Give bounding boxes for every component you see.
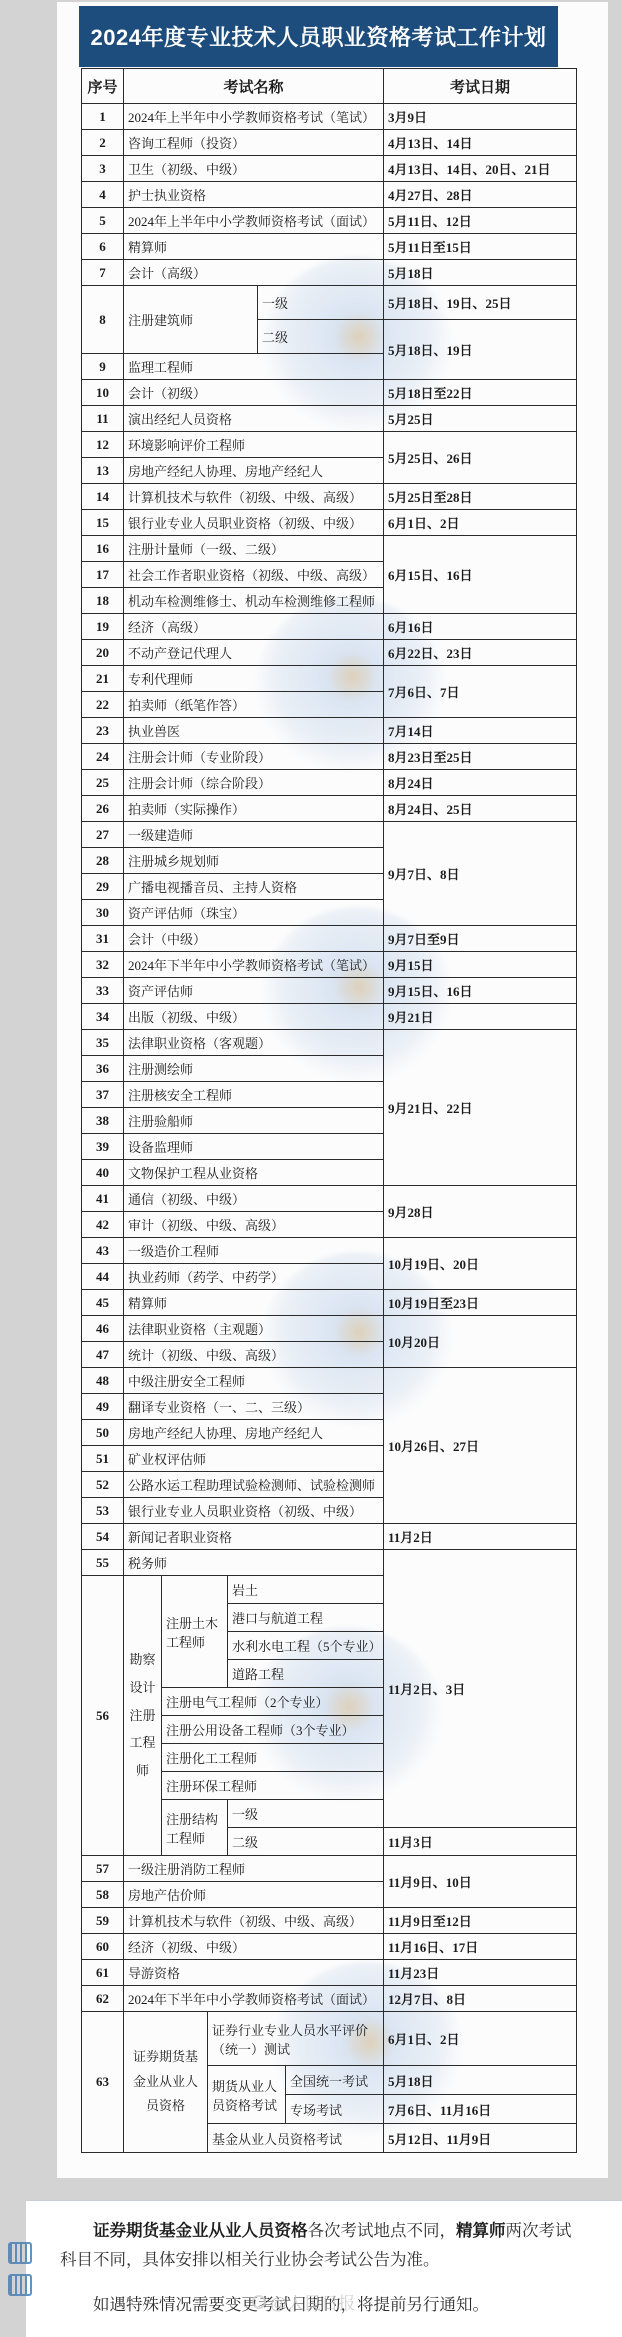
exam-name: 精算师 [124,234,384,260]
exam-name: 监理工程师 [124,354,384,380]
table-row: 60经济（初级、中级）11月16日、17日 [82,1934,577,1960]
col-header-no: 序号 [82,69,124,104]
exam-no: 10 [82,380,124,406]
table-row: 26拍卖师（实际操作）8月24日、25日 [82,796,577,822]
table-row: 21专利代理师7月6日、7日 [82,666,577,692]
table-row: 7会计（高级）5月18日 [82,260,577,286]
table-row: 3卫生（初级、中级）4月13日、14日、20日、21日 [82,156,577,182]
exam-branch: 全国统一考试 [286,2066,384,2095]
exam-date: 7月6日、11月16日 [384,2095,577,2124]
table-row: 43一级造价工程师10月19日、20日 [82,1238,577,1264]
exam-name: 执业药师（药学、中药学） [124,1264,384,1290]
exam-date: 10月20日 [384,1316,577,1368]
table-row: 41通信（初级、中级）9月28日 [82,1186,577,1212]
exam-name: 计算机技术与软件（初级、中级、高级） [124,1908,384,1934]
exam-no: 22 [82,692,124,718]
exam-date: 11月16日、17日 [384,1934,577,1960]
exam-name: 翻译专业资格（一、二、三级） [124,1394,384,1420]
exam-date: 9月7日、8日 [384,822,577,926]
exam-name: 资产评估师 [124,978,384,1004]
exam-no: 34 [82,1004,124,1030]
exam-name: 注册核安全工程师 [124,1082,384,1108]
exam-branch: 岩土 [228,1576,384,1604]
press-watermark: @人民日报 [252,2289,355,2314]
exam-no: 50 [82,1420,124,1446]
exam-no: 4 [82,182,124,208]
col-header-date: 考试日期 [384,69,577,104]
exam-name: 注册建筑师 [124,286,258,354]
exam-no: 28 [82,848,124,874]
exam-name: 新闻记者职业资格 [124,1524,384,1550]
table-row: 48中级注册安全工程师10月26日、27日 [82,1368,577,1394]
footer-note-1-bold-2: 精算师 [456,2222,506,2240]
exam-name: 拍卖师（实际操作） [124,796,384,822]
exam-branch: 道路工程 [228,1660,384,1688]
table-row: 33资产评估师9月15日、16日 [82,978,577,1004]
exam-branch: 专场考试 [286,2095,384,2124]
exam-name: 演出经纪人员资格 [124,406,384,432]
exam-no: 49 [82,1394,124,1420]
exam-name: 房地产经纪人协理、房地产经纪人 [124,458,384,484]
table-header-row: 序号 考试名称 考试日期 [82,69,577,104]
table-row: 14计算机技术与软件（初级、中级、高级）5月25日至28日 [82,484,577,510]
table-row: 622024年下半年中小学教师资格考试（面试）12月7日、8日 [82,1986,577,2012]
exam-date: 11月2日、3日 [384,1550,577,1828]
exam-date: 5月18日至22日 [384,380,577,406]
exam-name: 统计（初级、中级、高级） [124,1342,384,1368]
exam-subgroup: 证券行业专业人员水平评价（统一）测试 [208,2012,384,2066]
exam-no: 56 [82,1576,124,1856]
exam-date: 5月18日、19日 [384,320,577,380]
exam-no: 27 [82,822,124,848]
table-row: 35法律职业资格（客观题）9月21日、22日 [82,1030,577,1056]
table-row: 24注册会计师（专业阶段）8月23日至25日 [82,744,577,770]
exam-date: 10月19日至23日 [384,1290,577,1316]
exam-level: 二级 [258,320,384,354]
exam-date: 7月6日、7日 [384,666,577,718]
table-row: 4护士执业资格4月27日、28日 [82,182,577,208]
exam-branch: 港口与航道工程 [228,1604,384,1632]
exam-group-label: 证券期货基金业从业人员资格 [124,2012,208,2153]
exam-no: 51 [82,1446,124,1472]
exam-group-label: 勘察设计注册工程师 [124,1576,162,1856]
press-logo-icon [8,2242,34,2296]
exam-date: 5月25日至28日 [384,484,577,510]
exam-name: 经济（高级） [124,614,384,640]
exam-no: 57 [82,1856,124,1882]
table-row: 25注册会计师（综合阶段）8月24日 [82,770,577,796]
exam-no: 21 [82,666,124,692]
table-row: 19经济（高级）6月16日 [82,614,577,640]
exam-no: 19 [82,614,124,640]
document-page: 2024年度专业技术人员职业资格考试工作计划 序号 考试名称 考试日期 1202… [57,2,608,2178]
exam-subgroup: 注册电气工程师（2个专业） [162,1688,384,1716]
exam-date: 6月22日、23日 [384,640,577,666]
exam-no: 14 [82,484,124,510]
exam-no: 31 [82,926,124,952]
exam-subgroup: 注册结构工程师 [162,1800,228,1856]
exam-date: 4月27日、28日 [384,182,577,208]
exam-name: 会计（高级） [124,260,384,286]
table-row: 322024年下半年中小学教师资格考试（笔试）9月15日 [82,952,577,978]
table-row: 2咨询工程师（投资）4月13日、14日 [82,130,577,156]
exam-date: 5月25日、26日 [384,432,577,484]
exam-no: 63 [82,2012,124,2153]
exam-no: 1 [82,104,124,130]
exam-name: 出版（初级、中级） [124,1004,384,1030]
exam-date: 9月28日 [384,1186,577,1238]
exam-no: 17 [82,562,124,588]
exam-schedule-table: 序号 考试名称 考试日期 12024年上半年中小学教师资格考试（笔试）3月9日 … [81,68,577,2153]
exam-date: 5月25日 [384,406,577,432]
exam-name: 房地产估价师 [124,1882,384,1908]
exam-name: 注册计量师（一级、二级） [124,536,384,562]
exam-name: 2024年上半年中小学教师资格考试（笔试） [124,104,384,130]
exam-no: 9 [82,354,124,380]
col-header-name: 考试名称 [124,69,384,104]
exam-no: 16 [82,536,124,562]
exam-name: 税务师 [124,1550,384,1576]
exam-no: 44 [82,1264,124,1290]
watermark-circle-icon [252,2295,266,2309]
exam-date: 11月3日 [384,1828,577,1856]
exam-date: 5月11日至15日 [384,234,577,260]
table-row: 10会计（初级）5月18日至22日 [82,380,577,406]
exam-no: 29 [82,874,124,900]
exam-date: 6月16日 [384,614,577,640]
exam-name: 2024年下半年中小学教师资格考试（笔试） [124,952,384,978]
exam-no: 58 [82,1882,124,1908]
exam-no: 42 [82,1212,124,1238]
exam-no: 8 [82,286,124,354]
exam-no: 24 [82,744,124,770]
exam-name: 通信（初级、中级） [124,1186,384,1212]
exam-no: 13 [82,458,124,484]
exam-name: 2024年上半年中小学教师资格考试（面试） [124,208,384,234]
exam-name: 一级建造师 [124,822,384,848]
exam-level: 二级 [228,1828,384,1856]
exam-no: 26 [82,796,124,822]
exam-date: 7月14日 [384,718,577,744]
table-row: 15银行业专业人员职业资格（初级、中级）6月1日、2日 [82,510,577,536]
exam-no: 40 [82,1160,124,1186]
exam-date: 4月13日、14日、20日、21日 [384,156,577,182]
watermark-text: @人民日报 [270,2289,355,2314]
exam-no: 20 [82,640,124,666]
exam-subgroup: 基金从业人员资格考试 [208,2124,384,2153]
exam-name: 一级注册消防工程师 [124,1856,384,1882]
exam-date: 8月23日至25日 [384,744,577,770]
exam-no: 43 [82,1238,124,1264]
exam-subgroup: 注册土木工程师 [162,1576,228,1688]
exam-no: 60 [82,1934,124,1960]
exam-date: 11月2日 [384,1524,577,1550]
exam-date: 9月21日、22日 [384,1030,577,1186]
exam-no: 6 [82,234,124,260]
table-row: 52024年上半年中小学教师资格考试（面试）5月11日、12日 [82,208,577,234]
exam-date: 5月18日、19日、25日 [384,286,577,320]
exam-no: 46 [82,1316,124,1342]
exam-no: 39 [82,1134,124,1160]
table-row: 59计算机技术与软件（初级、中级、高级）11月9日至12日 [82,1908,577,1934]
exam-date: 9月15日 [384,952,577,978]
exam-no: 59 [82,1908,124,1934]
footer-note-1: 证券期货基金业从业人员资格各次考试地点不同，精算师两次考试科目不同，具体安排以相… [60,2217,580,2275]
footer-note-1-text-1: 各次考试地点不同， [308,2222,457,2240]
exam-name: 一级造价工程师 [124,1238,384,1264]
exam-date: 5月18日 [384,2066,577,2095]
exam-name: 注册验船师 [124,1108,384,1134]
exam-date: 6月1日、2日 [384,2012,577,2066]
exam-date: 10月19日、20日 [384,1238,577,1290]
footer-note-1-bold-1: 证券期货基金业从业人员资格 [93,2222,308,2240]
exam-name: 护士执业资格 [124,182,384,208]
exam-no: 3 [82,156,124,182]
table-row: 46法律职业资格（主观题）10月20日 [82,1316,577,1342]
exam-date: 5月12日、11月9日 [384,2124,577,2153]
exam-no: 48 [82,1368,124,1394]
exam-no: 53 [82,1498,124,1524]
exam-name: 2024年下半年中小学教师资格考试（面试） [124,1986,384,2012]
exam-no: 23 [82,718,124,744]
exam-name: 广播电视播音员、主持人资格 [124,874,384,900]
exam-name: 咨询工程师（投资） [124,130,384,156]
exam-no: 45 [82,1290,124,1316]
exam-subgroup: 注册环保工程师 [162,1772,384,1800]
exam-date: 3月9日 [384,104,577,130]
exam-no: 61 [82,1960,124,1986]
exam-no: 52 [82,1472,124,1498]
exam-no: 41 [82,1186,124,1212]
exam-name: 资产评估师（珠宝） [124,900,384,926]
exam-name: 不动产登记代理人 [124,640,384,666]
exam-name: 法律职业资格（客观题） [124,1030,384,1056]
exam-name: 文物保护工程从业资格 [124,1160,384,1186]
exam-date: 4月13日、14日 [384,130,577,156]
exam-no: 18 [82,588,124,614]
exam-name: 公路水运工程助理试验检测师、试验检测师 [124,1472,384,1498]
table-row: 16注册计量师（一级、二级）6月15日、16日 [82,536,577,562]
table-row: 23执业兽医7月14日 [82,718,577,744]
exam-name: 拍卖师（纸笔作答） [124,692,384,718]
table-row: 12环境影响评价工程师5月25日、26日 [82,432,577,458]
exam-no: 33 [82,978,124,1004]
exam-date: 9月7日至9日 [384,926,577,952]
table-row: 11演出经纪人员资格5月25日 [82,406,577,432]
table-row: 54新闻记者职业资格11月2日 [82,1524,577,1550]
exam-no: 47 [82,1342,124,1368]
exam-no: 54 [82,1524,124,1550]
exam-name: 专利代理师 [124,666,384,692]
exam-date: 9月15日、16日 [384,978,577,1004]
exam-no: 11 [82,406,124,432]
table-row: 61导游资格11月23日 [82,1960,577,1986]
exam-name: 环境影响评价工程师 [124,432,384,458]
exam-no: 55 [82,1550,124,1576]
exam-name: 会计（初级） [124,380,384,406]
exam-date: 5月18日 [384,260,577,286]
exam-name: 精算师 [124,1290,384,1316]
exam-no: 36 [82,1056,124,1082]
exam-date: 8月24日、25日 [384,796,577,822]
exam-date: 6月15日、16日 [384,536,577,614]
exam-no: 62 [82,1986,124,2012]
table-row: 45精算师10月19日至23日 [82,1290,577,1316]
table-row: 34出版（初级、中级）9月21日 [82,1004,577,1030]
exam-level: 一级 [228,1800,384,1828]
page-title: 2024年度专业技术人员职业资格考试工作计划 [79,6,558,67]
table-row: 12024年上半年中小学教师资格考试（笔试）3月9日 [82,104,577,130]
table-row: 8 注册建筑师 一级 5月18日、19日、25日 [82,286,577,320]
exam-branch: 水利水电工程（5个专业） [228,1632,384,1660]
exam-name: 矿业权评估师 [124,1446,384,1472]
exam-no: 12 [82,432,124,458]
table-row: 63 证券期货基金业从业人员资格 证券行业专业人员水平评价（统一）测试 6月1日… [82,2012,577,2066]
table-row: 57一级注册消防工程师11月9日、10日 [82,1856,577,1882]
exam-name: 注册会计师（综合阶段） [124,770,384,796]
exam-date: 8月24日 [384,770,577,796]
exam-name: 银行业专业人员职业资格（初级、中级） [124,1498,384,1524]
exam-name: 中级注册安全工程师 [124,1368,384,1394]
exam-date: 11月9日、10日 [384,1856,577,1908]
exam-name: 法律职业资格（主观题） [124,1316,384,1342]
exam-name: 注册会计师（专业阶段） [124,744,384,770]
exam-subgroup: 注册公用设备工程师（3个专业） [162,1716,384,1744]
exam-date: 11月23日 [384,1960,577,1986]
exam-no: 15 [82,510,124,536]
exam-no: 7 [82,260,124,286]
exam-date: 10月26日、27日 [384,1368,577,1524]
exam-no: 37 [82,1082,124,1108]
exam-name: 机动车检测维修士、机动车检测维修工程师 [124,588,384,614]
table-row: 6精算师5月11日至15日 [82,234,577,260]
exam-no: 32 [82,952,124,978]
exam-no: 2 [82,130,124,156]
exam-date: 6月1日、2日 [384,510,577,536]
exam-name: 注册城乡规划师 [124,848,384,874]
exam-no: 25 [82,770,124,796]
exam-name: 社会工作者职业资格（初级、中级、高级） [124,562,384,588]
exam-subgroup: 注册化工工程师 [162,1744,384,1772]
exam-name: 执业兽医 [124,718,384,744]
exam-name: 会计（中级） [124,926,384,952]
table-row: 31会计（中级）9月7日至9日 [82,926,577,952]
exam-subgroup: 期货从业人员资格考试 [208,2066,286,2124]
exam-no: 5 [82,208,124,234]
exam-date: 12月7日、8日 [384,1986,577,2012]
exam-name: 计算机技术与软件（初级、中级、高级） [124,484,384,510]
exam-date: 11月9日至12日 [384,1908,577,1934]
exam-name: 房地产经纪人协理、房地产经纪人 [124,1420,384,1446]
table-row: 27一级建造师9月7日、8日 [82,822,577,848]
exam-no: 35 [82,1030,124,1056]
exam-level: 一级 [258,286,384,320]
exam-no: 30 [82,900,124,926]
exam-date: 5月11日、12日 [384,208,577,234]
exam-no: 38 [82,1108,124,1134]
exam-name: 卫生（初级、中级） [124,156,384,182]
exam-name: 审计（初级、中级、高级） [124,1212,384,1238]
exam-name: 经济（初级、中级） [124,1934,384,1960]
exam-name: 银行业专业人员职业资格（初级、中级） [124,510,384,536]
table-row: 20不动产登记代理人6月22日、23日 [82,640,577,666]
exam-name: 导游资格 [124,1960,384,1986]
exam-name: 设备监理师 [124,1134,384,1160]
table-row: 55 税务师 11月2日、3日 [82,1550,577,1576]
exam-name: 注册测绘师 [124,1056,384,1082]
footer-note-panel: 证券期货基金业从业人员资格各次考试地点不同，精算师两次考试科目不同，具体安排以相… [26,2200,622,2337]
exam-date: 9月21日 [384,1004,577,1030]
